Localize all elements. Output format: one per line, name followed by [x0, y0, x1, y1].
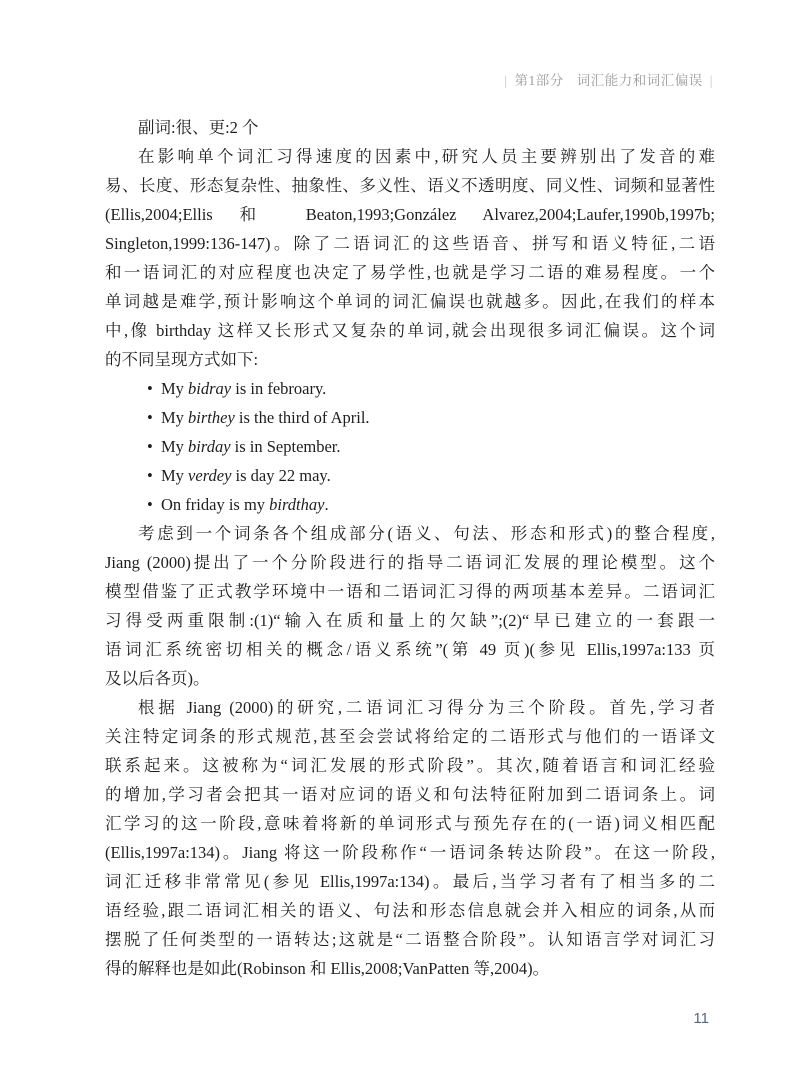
bullet-icon: •	[147, 490, 161, 519]
bullet-text-pre: My	[161, 466, 188, 485]
list-item: •My birday is in September.	[105, 432, 715, 461]
text-line: 和一语词汇的对应程度也决定了易学性,也就是学习二语的难易程度。一个	[105, 258, 715, 287]
error-word: birdthay	[269, 495, 324, 514]
text-line: 得的解释也是如此(Robinson 和 Ellis,2008;VanPatten…	[105, 954, 715, 983]
list-item: •My bidray is in febroary.	[105, 374, 715, 403]
text-line: (Ellis,2004;Ellis 和 Beaton,1993;González…	[105, 200, 715, 229]
text-line: 中,像 birthday 这样又长形式又复杂的单词,就会出现很多词汇偏误。这个词	[105, 316, 715, 345]
bullet-text-post: is in September.	[231, 437, 341, 456]
text-line: 语词汇系统密切相关的概念/语义系统”(第 49 页)(参见 Ellis,1997…	[105, 635, 715, 664]
page-number: 11	[693, 1010, 709, 1027]
bullet-icon: •	[147, 403, 161, 432]
text-line: 摆脱了任何类型的一语转达;这就是“二语整合阶段”。认知语言学对词汇习	[105, 925, 715, 954]
running-head: |第1部分词汇能力和词汇偏误|	[497, 69, 720, 89]
error-word: bidray	[188, 379, 231, 398]
paragraph-jiang-model: 考虑到一个词条各个组成部分(语义、句法、形态和形式)的整合程度, Jiang (…	[105, 519, 715, 693]
text-line: Singleton,1999:136-147)。除了二语词汇的这些语音、拼写和语…	[105, 229, 715, 258]
error-word: verdey	[188, 466, 231, 485]
text-line: 词汇迁移非常常见(参见 Ellis,1997a:134)。最后,当学习者有了相当…	[105, 867, 715, 896]
text-line: 语经验,跟二语词汇相关的语义、句法和形态信息就会并入相应的词条,从而	[105, 896, 715, 925]
text-line: 及以后各页)。	[105, 664, 715, 693]
error-word: birday	[188, 437, 230, 456]
adverb-summary-line: 副词:很、更:2 个	[105, 113, 715, 142]
running-head-part: 第1部分	[515, 73, 564, 88]
bullet-text-pre: My	[161, 437, 188, 456]
bullet-text-pre: On friday is my	[161, 495, 269, 514]
list-item: •On friday is my birdthay.	[105, 490, 715, 519]
running-head-title: 词汇能力和词汇偏误	[577, 73, 703, 88]
misspelling-examples-list: •My bidray is in febroary. •My birthey i…	[105, 374, 715, 519]
list-item: •My birthey is the third of April.	[105, 403, 715, 432]
list-item: •My verdey is day 22 may.	[105, 461, 715, 490]
text-line: 联系起来。这被称为“词汇发展的形式阶段”。其次,随着语言和词汇经验	[105, 751, 715, 780]
text-line: 的不同呈现方式如下:	[105, 345, 715, 374]
text-line: Jiang (2000)提出了一个分阶段进行的指导二语词汇发展的理论模型。这个	[105, 548, 715, 577]
text-line: (Ellis,1997a:134)。Jiang 将这一阶段称作“一语词条转达阶段…	[105, 838, 715, 867]
text-line: 考虑到一个词条各个组成部分(语义、句法、形态和形式)的整合程度,	[105, 519, 715, 548]
header-bar-right-icon: |	[710, 73, 713, 88]
text-line: 汇学习的这一阶段,意味着将新的单词形式与预先存在的(一语)词义相匹配	[105, 809, 715, 838]
paragraph-word-difficulty: 在影响单个词汇习得速度的因素中,研究人员主要辨别出了发音的难 易、长度、形态复杂…	[105, 142, 715, 374]
text-line: 根据 Jiang (2000)的研究,二语词汇习得分为三个阶段。首先,学习者	[105, 693, 715, 722]
text-line: 在影响单个词汇习得速度的因素中,研究人员主要辨别出了发音的难	[105, 142, 715, 171]
text-line: 模型借鉴了正式教学环境中一语和二语词汇习得的两项基本差异。二语词汇	[105, 577, 715, 606]
bullet-text-post: is the third of April.	[235, 408, 370, 427]
header-bar-left-icon: |	[504, 73, 507, 88]
text-line: 关注特定词条的形式规范,甚至会尝试将给定的二语形式与他们的一语译文	[105, 722, 715, 751]
book-page: |第1部分词汇能力和词汇偏误| 副词:很、更:2 个 在影响单个词汇习得速度的因…	[0, 0, 799, 1082]
text-line: 易、长度、形态复杂性、抽象性、多义性、语义不透明度、同义性、词频和显著性	[105, 171, 715, 200]
bullet-text-post: is day 22 may.	[231, 466, 330, 485]
bullet-icon: •	[147, 374, 161, 403]
text-line: 的增加,学习者会把其一语对应词的语义和句法特征附加到二语词条上。词	[105, 780, 715, 809]
error-word: birthey	[188, 408, 235, 427]
bullet-text-pre: My	[161, 379, 188, 398]
text-line: 习得受两重限制:(1)“输入在质和量上的欠缺”;(2)“早已建立的一套跟一	[105, 606, 715, 635]
bullet-icon: •	[147, 461, 161, 490]
bullet-text-post: is in febroary.	[231, 379, 326, 398]
body-text: 副词:很、更:2 个 在影响单个词汇习得速度的因素中,研究人员主要辨别出了发音的…	[105, 113, 715, 983]
bullet-icon: •	[147, 432, 161, 461]
paragraph-three-stages: 根据 Jiang (2000)的研究,二语词汇习得分为三个阶段。首先,学习者 关…	[105, 693, 715, 983]
text-line: 单词越是难学,预计影响这个单词的词汇偏误也就越多。因此,在我们的样本	[105, 287, 715, 316]
bullet-text-post: .	[324, 495, 328, 514]
bullet-text-pre: My	[161, 408, 188, 427]
